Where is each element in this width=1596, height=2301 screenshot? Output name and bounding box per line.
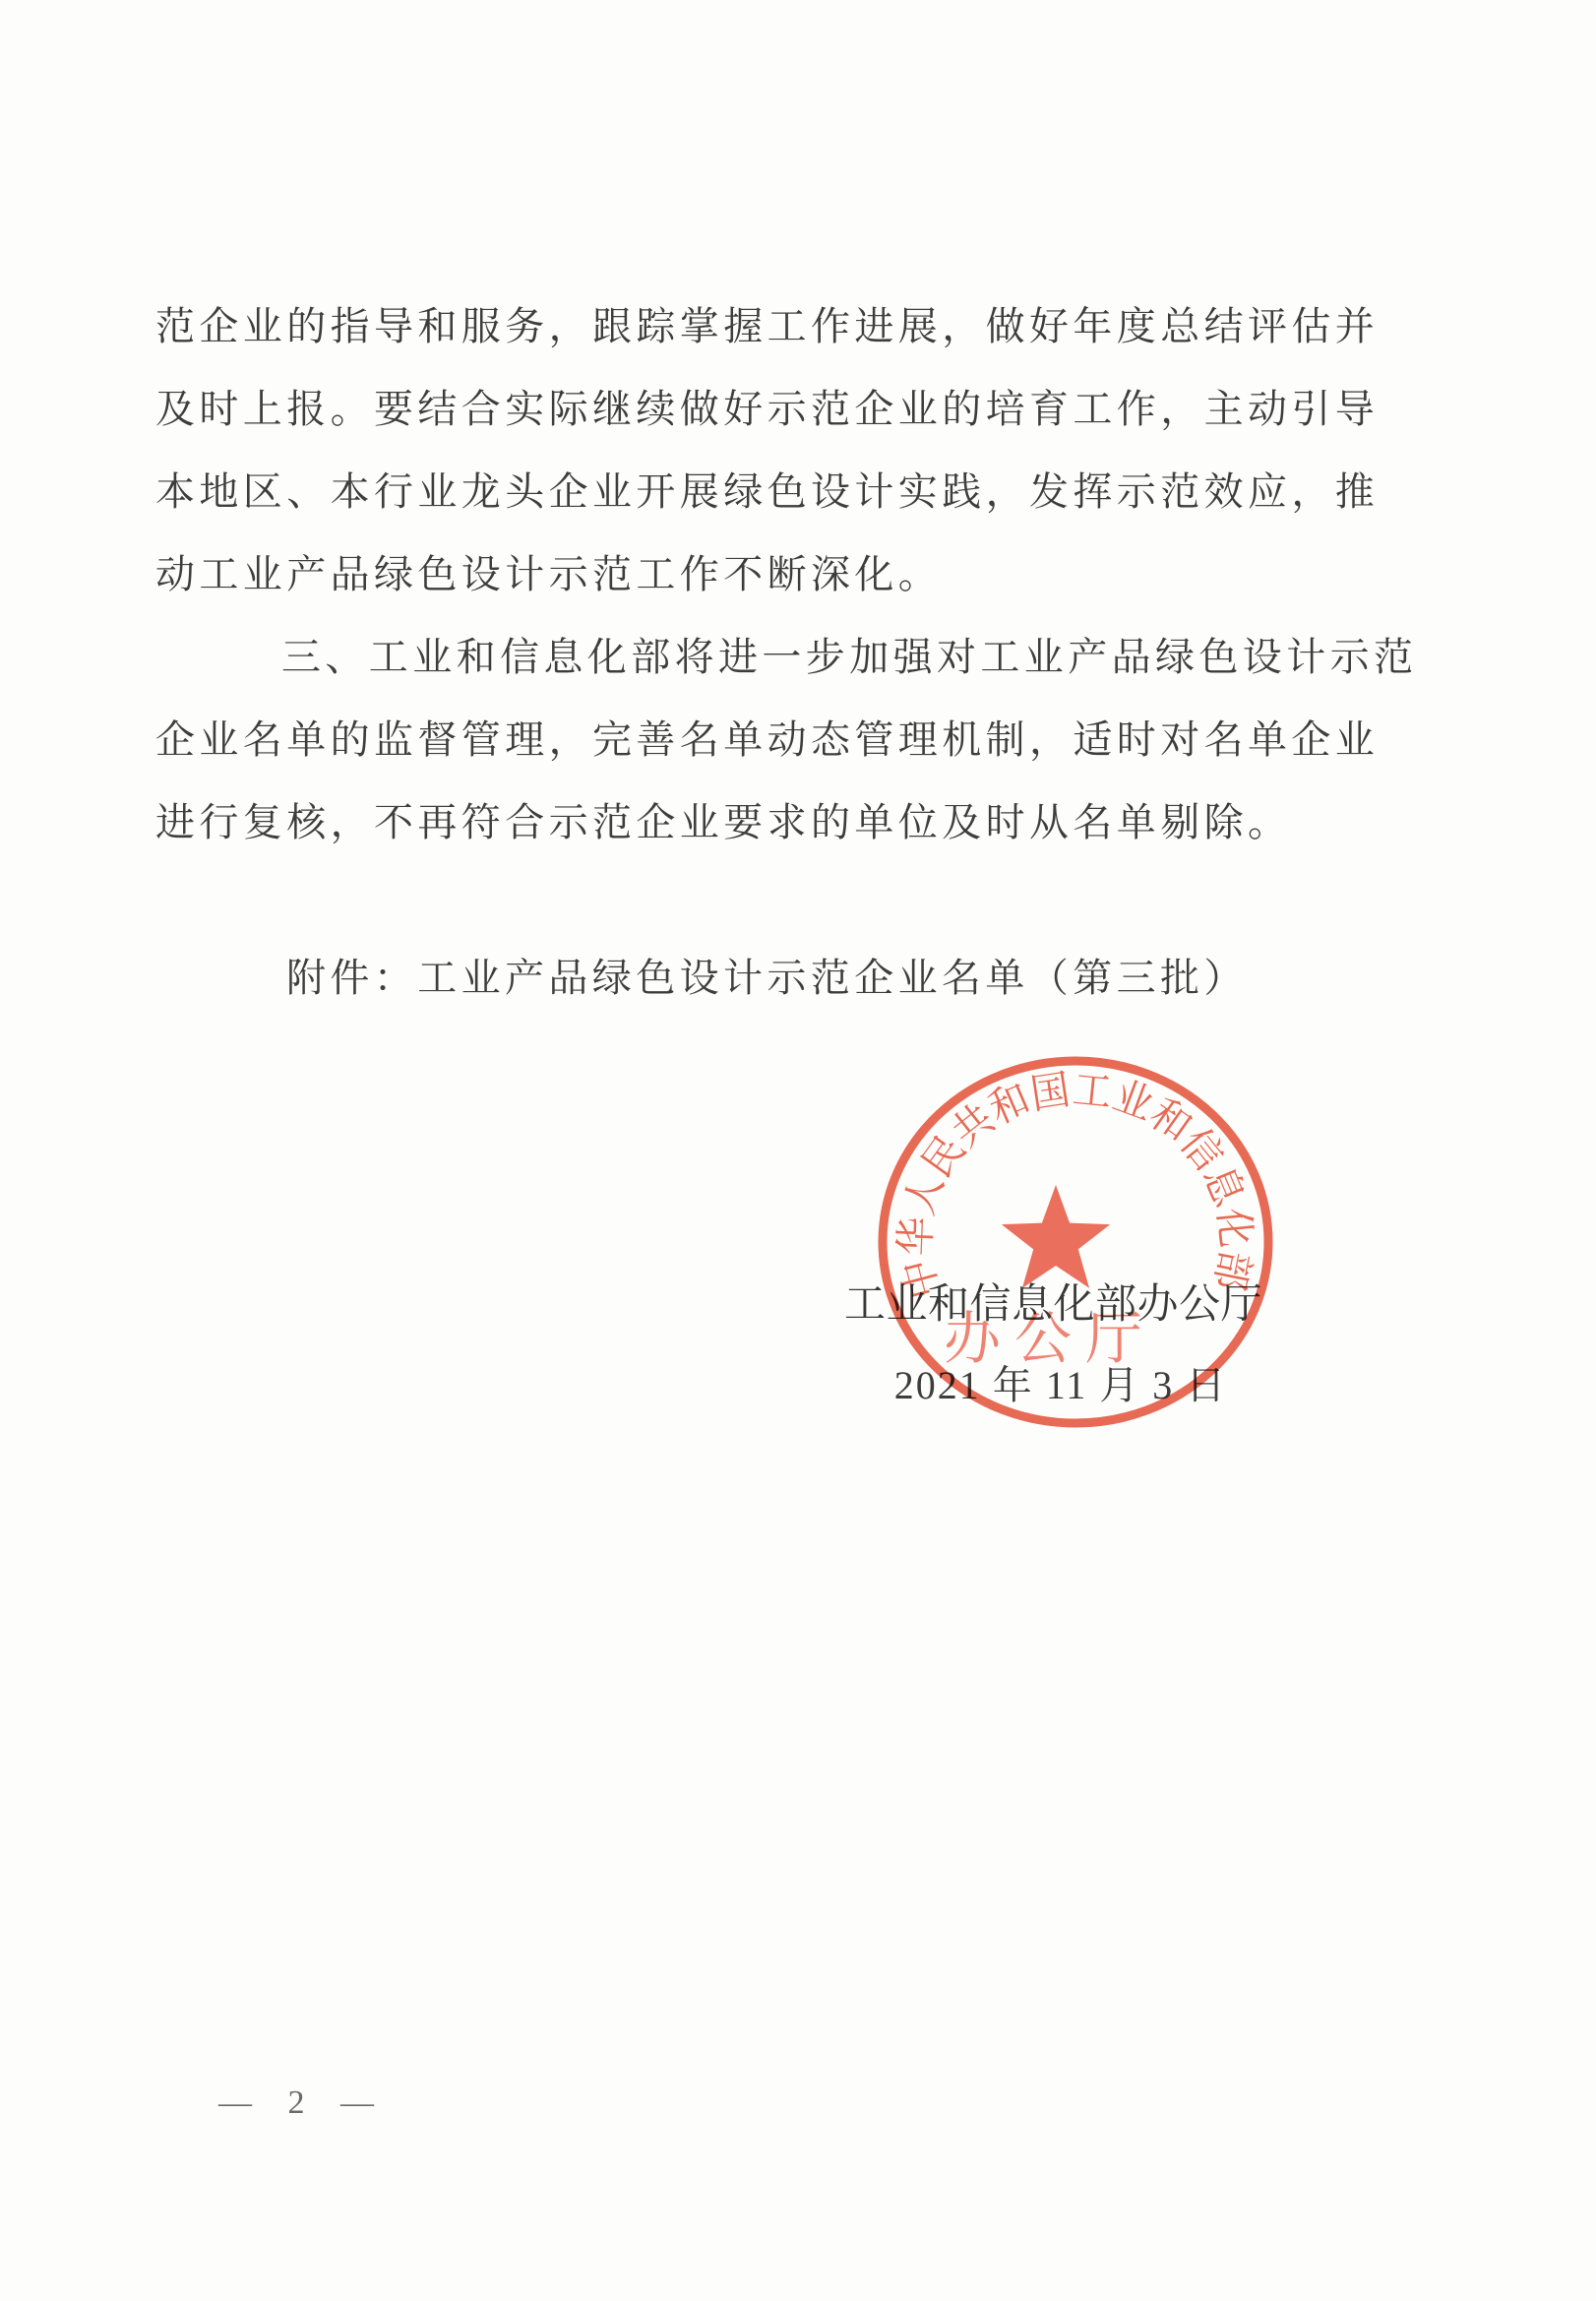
attachment-line: 附件：工业产品绿色设计示范企业名单（第三批） [155,937,1425,1020]
body-text-block: 范企业的指导和服务，跟踪掌握工作进展，做好年度总结评估并 及时上报。要结合实际继… [155,285,1425,1020]
body-line: 本地区、本行业龙头企业开展绿色设计实践，发挥示范效应，推 [155,451,1425,533]
seal-arc-text: 中华人民共和国工业和信息化部 [893,1068,1258,1303]
body-line: 范企业的指导和服务，跟踪掌握工作进展，做好年度总结评估并 [155,285,1425,368]
body-line: 企业名单的监督管理，完善名单动态管理机制，适时对名单企业 [155,699,1425,781]
document-page: 范企业的指导和服务，跟踪掌握工作进展，做好年度总结评估并 及时上报。要结合实际继… [0,0,1596,2301]
page-number: — 2 — [185,2084,421,2122]
issue-date: 2021 年 11 月 3 日 [844,1354,1277,1410]
issuer-signature: 工业和信息化部办公厅 [844,1272,1262,1331]
body-line: 进行复核，不再符合示范企业要求的单位及时从名单剔除。 [155,781,1425,864]
body-line: 及时上报。要结合实际继续做好示范企业的培育工作，主动引导 [155,368,1425,451]
body-line: 动工业产品绿色设计示范工作不断深化。 [155,533,1425,616]
seal-arc-text-holder: 中华人民共和国工业和信息化部 [893,1068,1258,1303]
body-line-paragraph-start: 三、工业和信息化部将进一步加强对工业产品绿色设计示范 [155,616,1425,699]
